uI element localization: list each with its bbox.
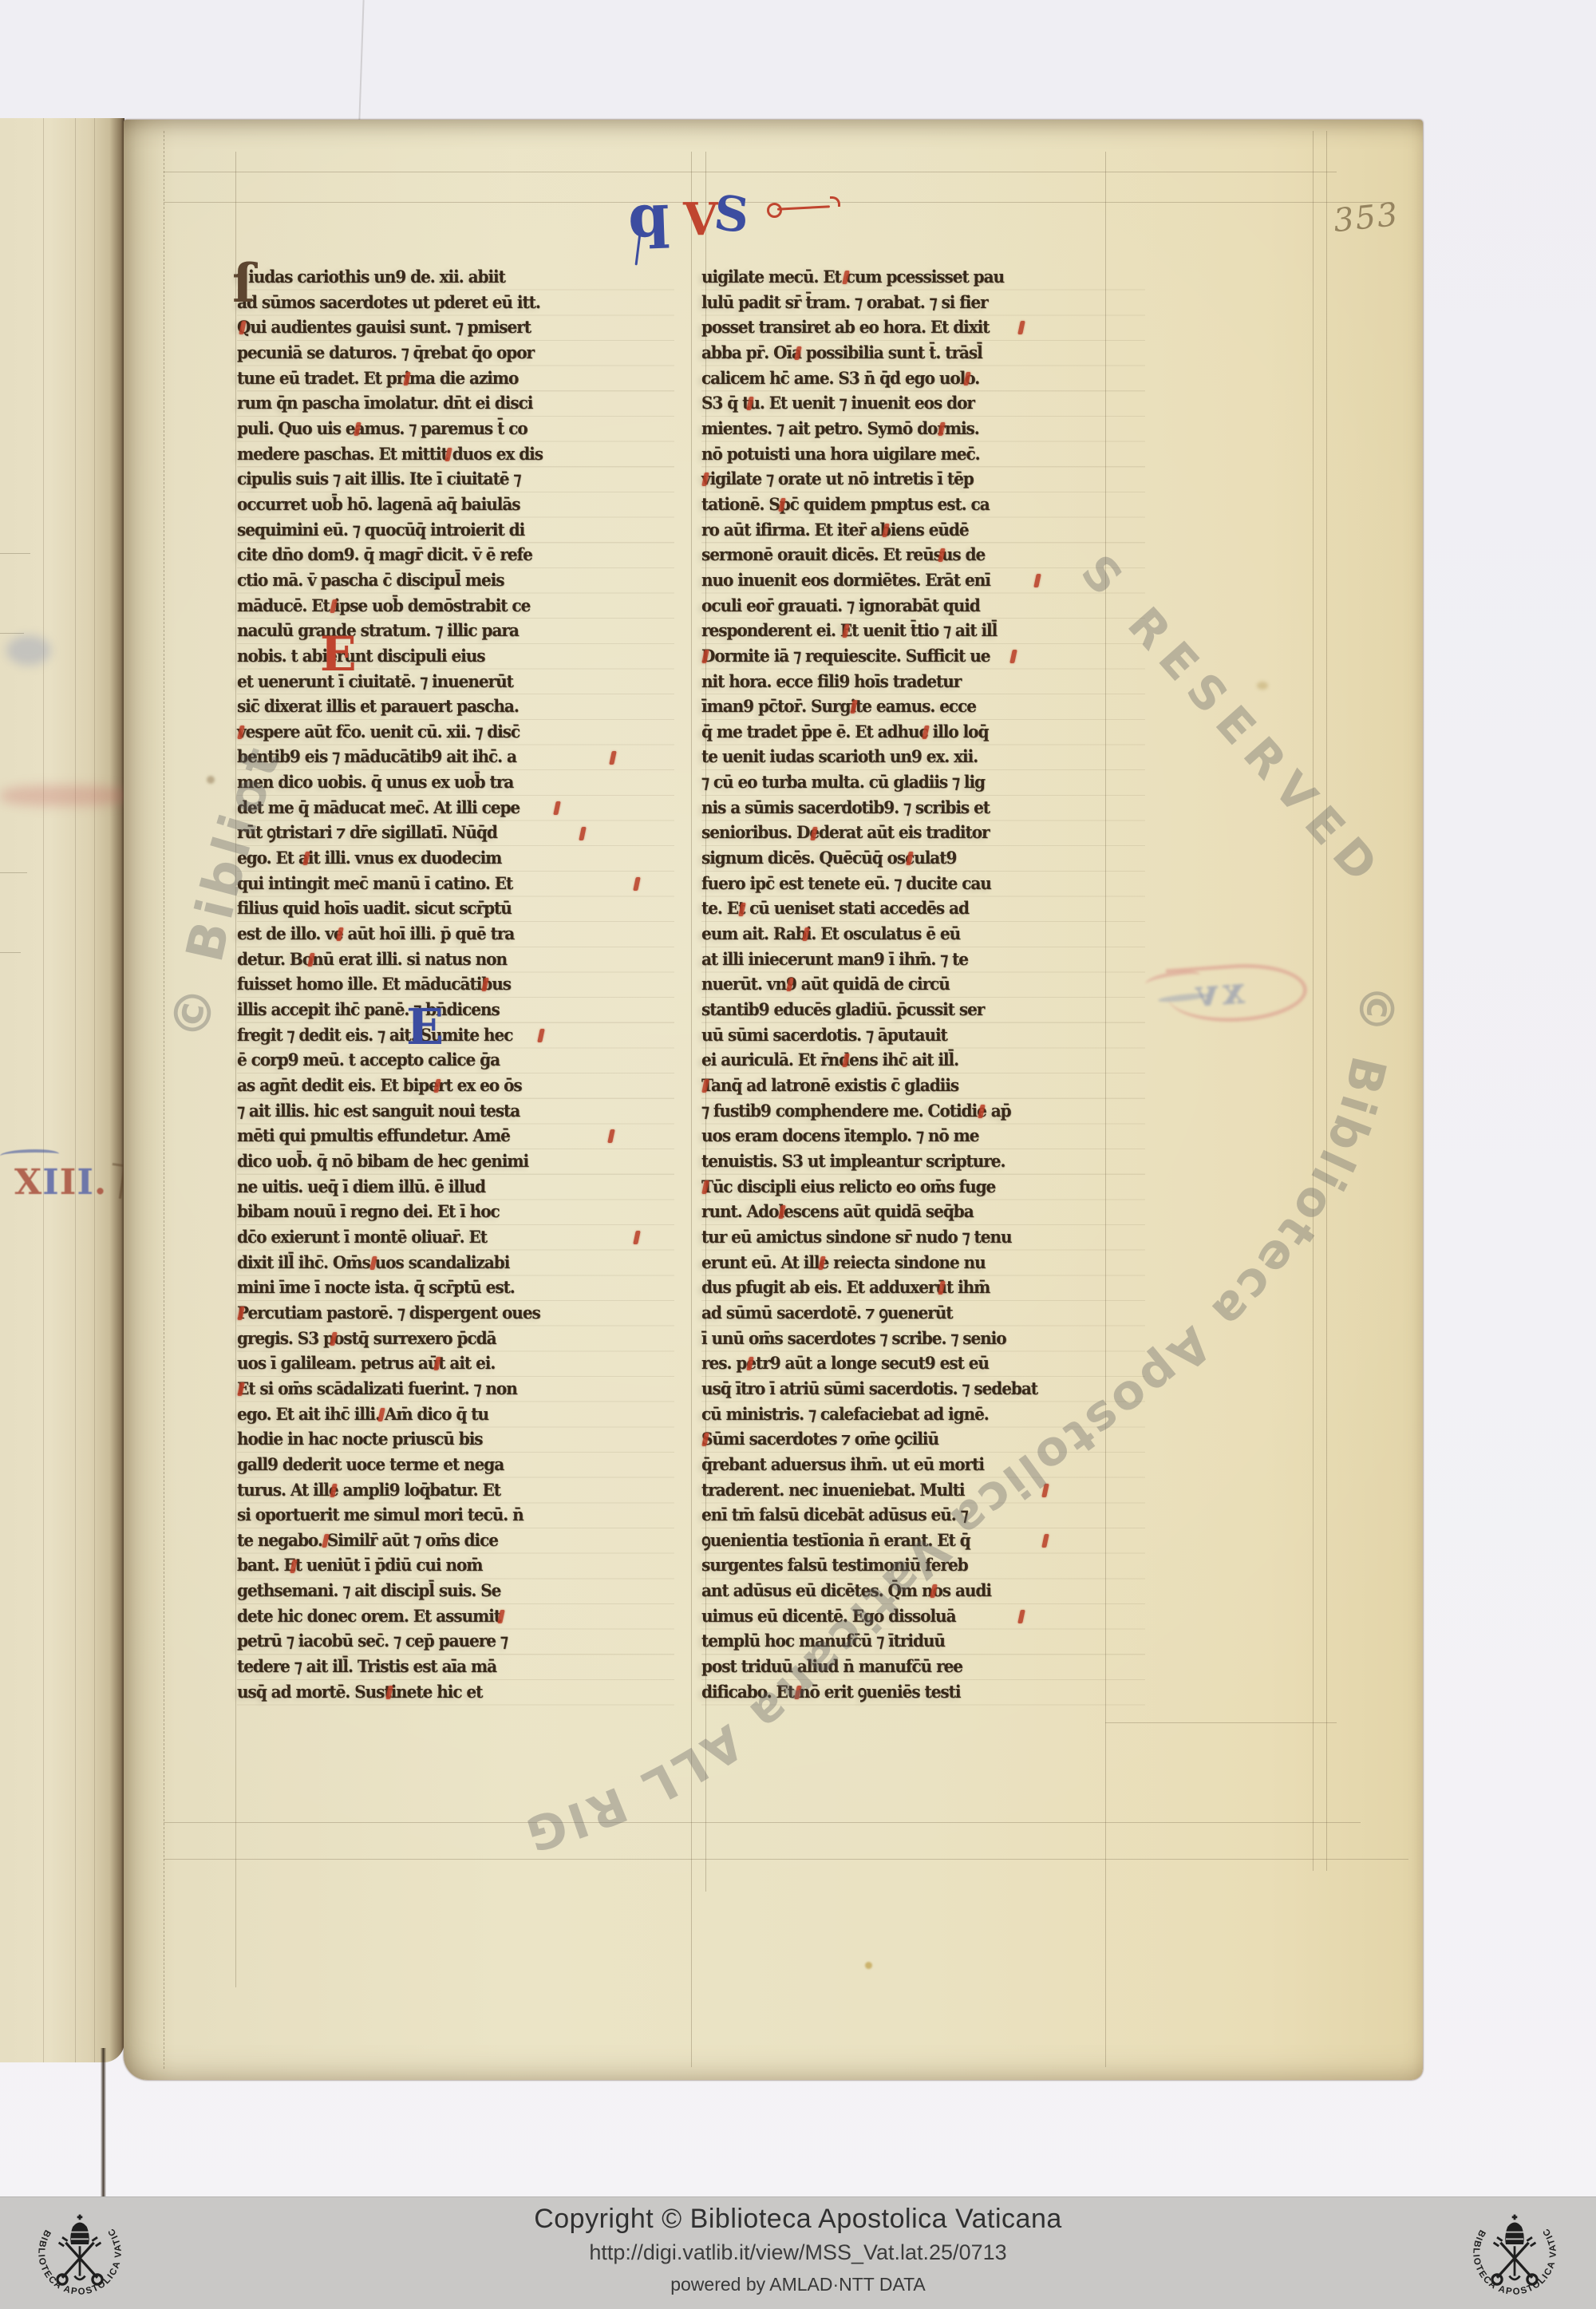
manuscript-line: Et si om̄s scādalizati fuerint. ⁊ non xyxy=(237,1377,644,1402)
manuscript-line: dixit ill̄ ihc̄. Om̄s uos scandalizabi xyxy=(237,1251,644,1276)
ruling-line xyxy=(164,131,165,2069)
manuscript-line: uos ī galileam. petrus aūt ait ei. xyxy=(237,1351,644,1377)
chapter-flourish xyxy=(0,1149,59,1160)
manuscript-line: ⁊ cū eo turba multa. cū gladiis ⁊ lig xyxy=(701,770,1114,796)
vatican-library-logo: BIBLIOTECA APOSTOLICA VATICANA xyxy=(27,2200,132,2306)
manuscript-line: turus. At ille ampli9 loq̄batur. Et xyxy=(237,1478,644,1504)
manuscript-line: cite dn̄o dom9. q̄ magr̄ dicit. v̄ ē ref… xyxy=(237,543,644,568)
manuscript-line: māducē. Et ipse uob̄ demōstrabit ce xyxy=(237,594,644,619)
manuscript-line: filius quid hoīs uadit. sicut scr̄ptū xyxy=(237,896,644,922)
svg-text:BIBLIOTECA APOSTOLICA VATICANA: BIBLIOTECA APOSTOLICA VATICANA xyxy=(1462,2200,1558,2297)
parchment-stain xyxy=(207,776,215,784)
manuscript-line: Qui audientes gauisi sunt. ⁊ pmisert xyxy=(237,315,644,341)
manuscript-line: t iudas cariothis un9 de. xii. abiit xyxy=(237,265,644,291)
manuscript-line: stantib9 educēs gladiū. p̄cussit ser xyxy=(701,998,1114,1023)
manuscript-line: te. Et cū ueniset stati accedēs ad xyxy=(701,896,1114,922)
manuscript-line: runt. Adolescens aūt quidā seq̄ba xyxy=(701,1200,1114,1225)
red-pen-flourish xyxy=(767,196,840,217)
manuscript-line: dete hic donec orem. Et assumit xyxy=(237,1604,644,1630)
parchment-stain xyxy=(865,1962,872,1969)
show-through-red-mark xyxy=(0,785,128,806)
ruling-line xyxy=(235,152,236,1987)
manuscript-line: enī tm̄ falsū dicebāt adūsus eū. ⁊ xyxy=(701,1503,1114,1528)
ruling-line xyxy=(164,1822,1361,1823)
show-through-verso-header: xv xyxy=(1145,959,1313,1031)
manuscript-line: uos eram docens ītemplo. ⁊ nō me xyxy=(701,1124,1114,1149)
manuscript-line: uimus eū dicentē. Ego dissoluā xyxy=(701,1604,1114,1630)
manuscript-line: detur. Bonū erat illi. si natus non xyxy=(237,947,644,973)
ruling-line xyxy=(1313,131,1314,1871)
folio-edge-line xyxy=(43,118,44,2062)
manuscript-line: bibam nouū ī regno dei. Et ī hoc xyxy=(237,1200,644,1225)
manuscript-line: usq̄ ītro ī atriū sūmi sacerdotis. ⁊ sed… xyxy=(701,1377,1114,1402)
manuscript-line: occurret uob̄ hō. lagenā aq̄ baiulās xyxy=(237,492,644,518)
folio-edge-line xyxy=(94,118,95,2062)
chapter-number-letter: I xyxy=(60,1162,77,1203)
manuscript-line: te uenit iudas scarioth un9 ex. xii. xyxy=(701,745,1114,770)
manuscript-line: sermonē orauit dicēs. Et reūsus de xyxy=(701,543,1114,568)
ruling-line xyxy=(1326,131,1327,1871)
manuscript-line: cipulis suis ⁊ ait illis. Ite ī ciuitatē… xyxy=(237,467,644,492)
manuscript-line: uū sūmi sacerdotis. ⁊ āputauit xyxy=(701,1023,1114,1049)
ruling-tick xyxy=(0,553,30,554)
manuscript-line: q̄ me tradet p̄pe ē. Et adhuc illo loq̄ xyxy=(701,720,1114,745)
manuscript-line: vespere aūt fc̄o. uenit cū. xii. ⁊ disc̄ xyxy=(237,720,644,745)
manuscript-line: lulū padit sr̄ t̄ram. ⁊ orabat. ⁊ si fie… xyxy=(701,291,1114,316)
manuscript-line: posset transiret ab eo hora. Et dixit xyxy=(701,315,1114,341)
book-spine-edge xyxy=(101,2048,106,2200)
header-initial-q: q xyxy=(627,181,671,251)
manuscript-line: qui intingit mec̄ manū ī catino. Et xyxy=(237,872,644,897)
ruling-tick xyxy=(0,952,21,953)
chapter-number-letter: X xyxy=(14,1162,42,1203)
manuscript-line: ego. Et ait ihc̄ illi. Am̄ dico q̄ tu xyxy=(237,1402,644,1428)
manuscript-line: tenuistis. S3 ut impleantur scripture. xyxy=(701,1149,1114,1175)
manuscript-line: te negabo. Similr̄ aūt ⁊ om̄s dice xyxy=(237,1528,644,1554)
manuscript-line: sequimini eū. ⁊ quocūq̄ introierit di xyxy=(237,518,644,544)
manuscript-line: nobis. t abierunt discipuli eius xyxy=(237,644,644,670)
manuscript-line: mini īme ī nocte ista. q̄ scr̄ptū est. xyxy=(237,1275,644,1301)
svg-text:BIBLIOTECA APOSTOLICA VATICANA: BIBLIOTECA APOSTOLICA VATICANA xyxy=(27,2200,124,2297)
manuscript-line: medere paschas. Et mittit duos ex dis xyxy=(237,442,644,468)
manuscript-line: hodie in hac nocte priuscū bis xyxy=(237,1427,644,1453)
manuscript-line: q̄rebant aduersus ihm̄. ut eū morti xyxy=(701,1453,1114,1478)
manuscript-line: petrū ⁊ iacobū sec̄. ⁊ cep̄ pauere ⁊ xyxy=(237,1629,644,1655)
manuscript-line: puli. Quo uis eamus. ⁊ paremus t̄ co xyxy=(237,417,644,442)
manuscript-line: Tūc discipli eius relicto eo om̄s fuge xyxy=(701,1175,1114,1200)
parchment-stain xyxy=(1257,682,1268,690)
text-column-right: uigilate mecū. Et cum pcessisset paululū… xyxy=(701,265,1145,1714)
manuscript-line: ego. Et ait illi. vnus ex duodecim xyxy=(237,846,644,872)
manuscript-line: res. petr9 aūt a longe secut9 est eū xyxy=(701,1351,1114,1377)
chapter-number-letter: I xyxy=(77,1162,94,1203)
footer-copyright-bar: Copyright © Biblioteca Apostolica Vatica… xyxy=(0,2196,1596,2309)
manuscript-line: Tanq̄ ad latronē existis c̄ gladiis xyxy=(701,1073,1114,1099)
manuscript-line: erunt eū. At ille reiecta sindone nu xyxy=(701,1251,1114,1276)
manuscript-line: gethsemani. ⁊ ait discipl̄ suis. Se xyxy=(237,1579,644,1604)
manuscript-line: det me q̄ māducat mec̄. At illi cepe xyxy=(237,796,644,821)
manuscript-line: dificabo. Et nō erit ꝯueniēs testi xyxy=(701,1680,1114,1706)
ruling-line xyxy=(164,172,1337,172)
footer-powered-by: powered by AMLAD·NTT DATA xyxy=(0,2274,1596,2295)
illuminated-initial: ſ xyxy=(232,257,255,310)
manuscript-line: tur eū amictus sindone sr̄ nudo ⁊ tenu xyxy=(701,1225,1114,1251)
manuscript-line: responderent ei. Et uenit t̄tio ⁊ ait il… xyxy=(701,619,1114,644)
ruling-line xyxy=(164,1859,1408,1860)
manuscript-line: dus pfugit ab eis. Et adduxerūt ihm̄ xyxy=(701,1275,1114,1301)
manuscript-line: ei auriculā. Et r̄ndens ihc̄ ait ill̄. xyxy=(701,1048,1114,1073)
manuscript-line: mēti qui pmultis effundetur. Amē xyxy=(237,1124,644,1149)
scanned-manuscript-photo: XIII. q V S 353 t iudas cariothis un9 de… xyxy=(0,0,1596,2309)
manuscript-line: ant adūsus eū dicētes. Q̄m nos audi xyxy=(701,1579,1114,1604)
manuscript-line: men dico uobis. q̄ unus ex uob̄ tra xyxy=(237,770,644,796)
manuscript-line: nis a sūmis sacerdotib9. ⁊ scribis et xyxy=(701,796,1114,821)
folio-number: 353 xyxy=(1332,196,1401,239)
manuscript-line: calicem hc̄ ame. S3 n̄ q̄d ego uolo. xyxy=(701,366,1114,392)
manuscript-line: nuerūt. vn9 aūt quidā de circū xyxy=(701,972,1114,998)
manuscript-line: traderent. nec inueniebat. Multi xyxy=(701,1478,1114,1504)
manuscript-line: bant. Et ueniūt ī p̄diū cui nom̄ xyxy=(237,1553,644,1579)
manuscript-page: q V S 353 t iudas cariothis un9 de. xii.… xyxy=(124,120,1423,2080)
manuscript-line: oculi eor̄ grauati. ⁊ ignorabāt quid xyxy=(701,594,1114,619)
manuscript-line: fuero ipc̄ est tenete eū. ⁊ ducite cau xyxy=(701,872,1114,897)
manuscript-line: abba pr̄. Oīa possibilia sunt t̄. trāsl̄ xyxy=(701,341,1114,366)
logo-circular-text: BIBLIOTECA APOSTOLICA VATICANA xyxy=(27,2200,124,2297)
ruling-tick xyxy=(0,872,27,873)
show-through-chapter-number: xv xyxy=(1190,969,1246,1015)
manuscript-line: mientes. ⁊ ait petro. Symō dormis. xyxy=(701,417,1114,442)
manuscript-line: dc̄o exierunt ī montē oliuar̄. Et xyxy=(237,1225,644,1251)
manuscript-line: nō potuisti una hora uigilare mec̄. xyxy=(701,442,1114,468)
manuscript-line: rum q̄n pascha īmolatur. dn̄t ei disci xyxy=(237,391,644,417)
manuscript-line: ctio mā. v̄ pascha c̄ discipul̄ meis xyxy=(237,568,644,594)
manuscript-line: nuo inuenit eos dormiētes. Erāt enī xyxy=(701,568,1114,594)
manuscript-line: S3 q̄ tu. Et uenit ⁊ inuenit eos dor xyxy=(701,391,1114,417)
manuscript-line: senioribus. Dederat aūt eis traditor xyxy=(701,820,1114,846)
manuscript-line: bentib9 eis ⁊ māducātib9 ait ihc̄. a xyxy=(237,745,644,770)
manuscript-line: Dormite iā ⁊ requiescite. Sufficit ue xyxy=(701,644,1114,670)
margin-chapter-number: XIII. xyxy=(14,1162,107,1203)
manuscript-line: Percutiam pastorē. ⁊ dispergent oues xyxy=(237,1301,644,1326)
manuscript-line: īman9 pc̄tor̄. Surgite eamus. ecce xyxy=(701,694,1114,720)
footer-url: http://digi.vatlib.it/view/MSS_Vat.lat.2… xyxy=(0,2240,1596,2265)
folio-edge-line xyxy=(75,118,76,2062)
manuscript-line: gregis. S3 postq̄ surrexero p̄cdā xyxy=(237,1326,644,1352)
manuscript-line: pecuniā se daturos. ⁊ q̄rebat q̄o opor xyxy=(237,341,644,366)
illuminated-initial: E xyxy=(320,631,357,678)
ruling-line xyxy=(1105,1722,1337,1723)
manuscript-line: tedere ⁊ ait ill̄. Tristis est aīa mā xyxy=(237,1655,644,1680)
manuscript-line: vigilate ⁊ orate ut nō intretis ī tēp xyxy=(701,467,1114,492)
chapter-number-letter: . xyxy=(94,1162,107,1203)
illuminated-initial: E xyxy=(406,1002,444,1052)
manuscript-line: dico uob̄. q̄ nō bibam de hec genimi xyxy=(237,1149,644,1175)
manuscript-line: si oportuerit me simul mori tecū. n̄ xyxy=(237,1503,644,1528)
manuscript-line: as agn̄t dedit eis. Et bipert ex eo ōs xyxy=(237,1073,644,1099)
manuscript-line: gall9 dederit uoce terme et nega xyxy=(237,1453,644,1478)
manuscript-line: tune eū tradet. Et prima die azimo xyxy=(237,366,644,392)
manuscript-line: cū ministris. ⁊ calefaciebat ad ignē. xyxy=(701,1402,1114,1428)
manuscript-line: uigilate mecū. Et cum pcessisset pau xyxy=(701,265,1114,291)
manuscript-line: tationē. Spc̄ quidem pmptus est. ca xyxy=(701,492,1114,518)
header-initial-s: S xyxy=(711,185,751,244)
manuscript-line: ad sūmū sacerdotē. ⁊ ꝯuenerūt xyxy=(701,1301,1114,1326)
previous-folio-edge: XIII. xyxy=(0,118,124,2062)
logo-circular-text: BIBLIOTECA APOSTOLICA VATICANA xyxy=(1462,2200,1558,2297)
manuscript-line: ⁊ ait illis. hic est sanguit noui testa xyxy=(237,1099,644,1125)
manuscript-line: ne uitis. ueq̄ ī diem illū. ē illud xyxy=(237,1175,644,1200)
chapter-number-letter: I xyxy=(42,1162,60,1203)
manuscript-line: sic̄ dixerat illis et parauert pascha. xyxy=(237,694,644,720)
manuscript-line: Sūmi sacerdotes ⁊ om̄e ꝯciliū xyxy=(701,1427,1114,1453)
manuscript-line: est de illo. ve aūt hoī illi. p̄ quē tra xyxy=(237,922,644,947)
vatican-library-logo: BIBLIOTECA APOSTOLICA VATICANA xyxy=(1462,2200,1567,2306)
manuscript-line: surgentes falsū testimoniū fereb xyxy=(701,1553,1114,1579)
manuscript-line: at illi iniecerunt man9 ī ihm̄. ⁊ te xyxy=(701,947,1114,973)
manuscript-line: ī unū om̄s sacerdotes ⁊ scribe. ⁊ senio xyxy=(701,1326,1114,1352)
manuscript-line: ad sūmos sacerdotes ut pderet eū itt. xyxy=(237,291,644,316)
manuscript-line: ꝯuenientia testīonia n̄ erant. Et q̄ xyxy=(701,1528,1114,1554)
text-column-left: t iudas cariothis un9 de. xii. abiitad s… xyxy=(237,265,674,1714)
manuscript-line: ⁊ fustib9 comphendere me. Cotidie ap̄ xyxy=(701,1099,1114,1125)
footer-copyright-text: Copyright © Biblioteca Apostolica Vatica… xyxy=(0,2204,1596,2235)
manuscript-line: ro aūt ifirma. Et iter̄ abiens eūdē xyxy=(701,518,1114,544)
manuscript-line: templū hoc manufc̄ū ⁊ ītriduū xyxy=(701,1629,1114,1655)
manuscript-line: naculū grande stratum. ⁊ illic para xyxy=(237,619,644,644)
ruling-line xyxy=(691,152,692,2067)
manuscript-line: eum ait. Rabi. Et osculatus ē eū xyxy=(701,922,1114,947)
manuscript-line: et uenerunt ī ciuitatē. ⁊ inuenerūt xyxy=(237,670,644,695)
ruling-tick xyxy=(0,633,24,634)
show-through-blue-mark xyxy=(6,635,51,666)
manuscript-line: nit hora. ecce fili9 hoīs tradetur xyxy=(701,670,1114,695)
manuscript-line: post triduū aliud n̄ manufc̄ū ree xyxy=(701,1655,1114,1680)
manuscript-line: usq̄ ad mortē. Sustinete hic et xyxy=(237,1680,644,1706)
manuscript-line: fuisset homo ille. Et māducātibus xyxy=(237,972,644,998)
